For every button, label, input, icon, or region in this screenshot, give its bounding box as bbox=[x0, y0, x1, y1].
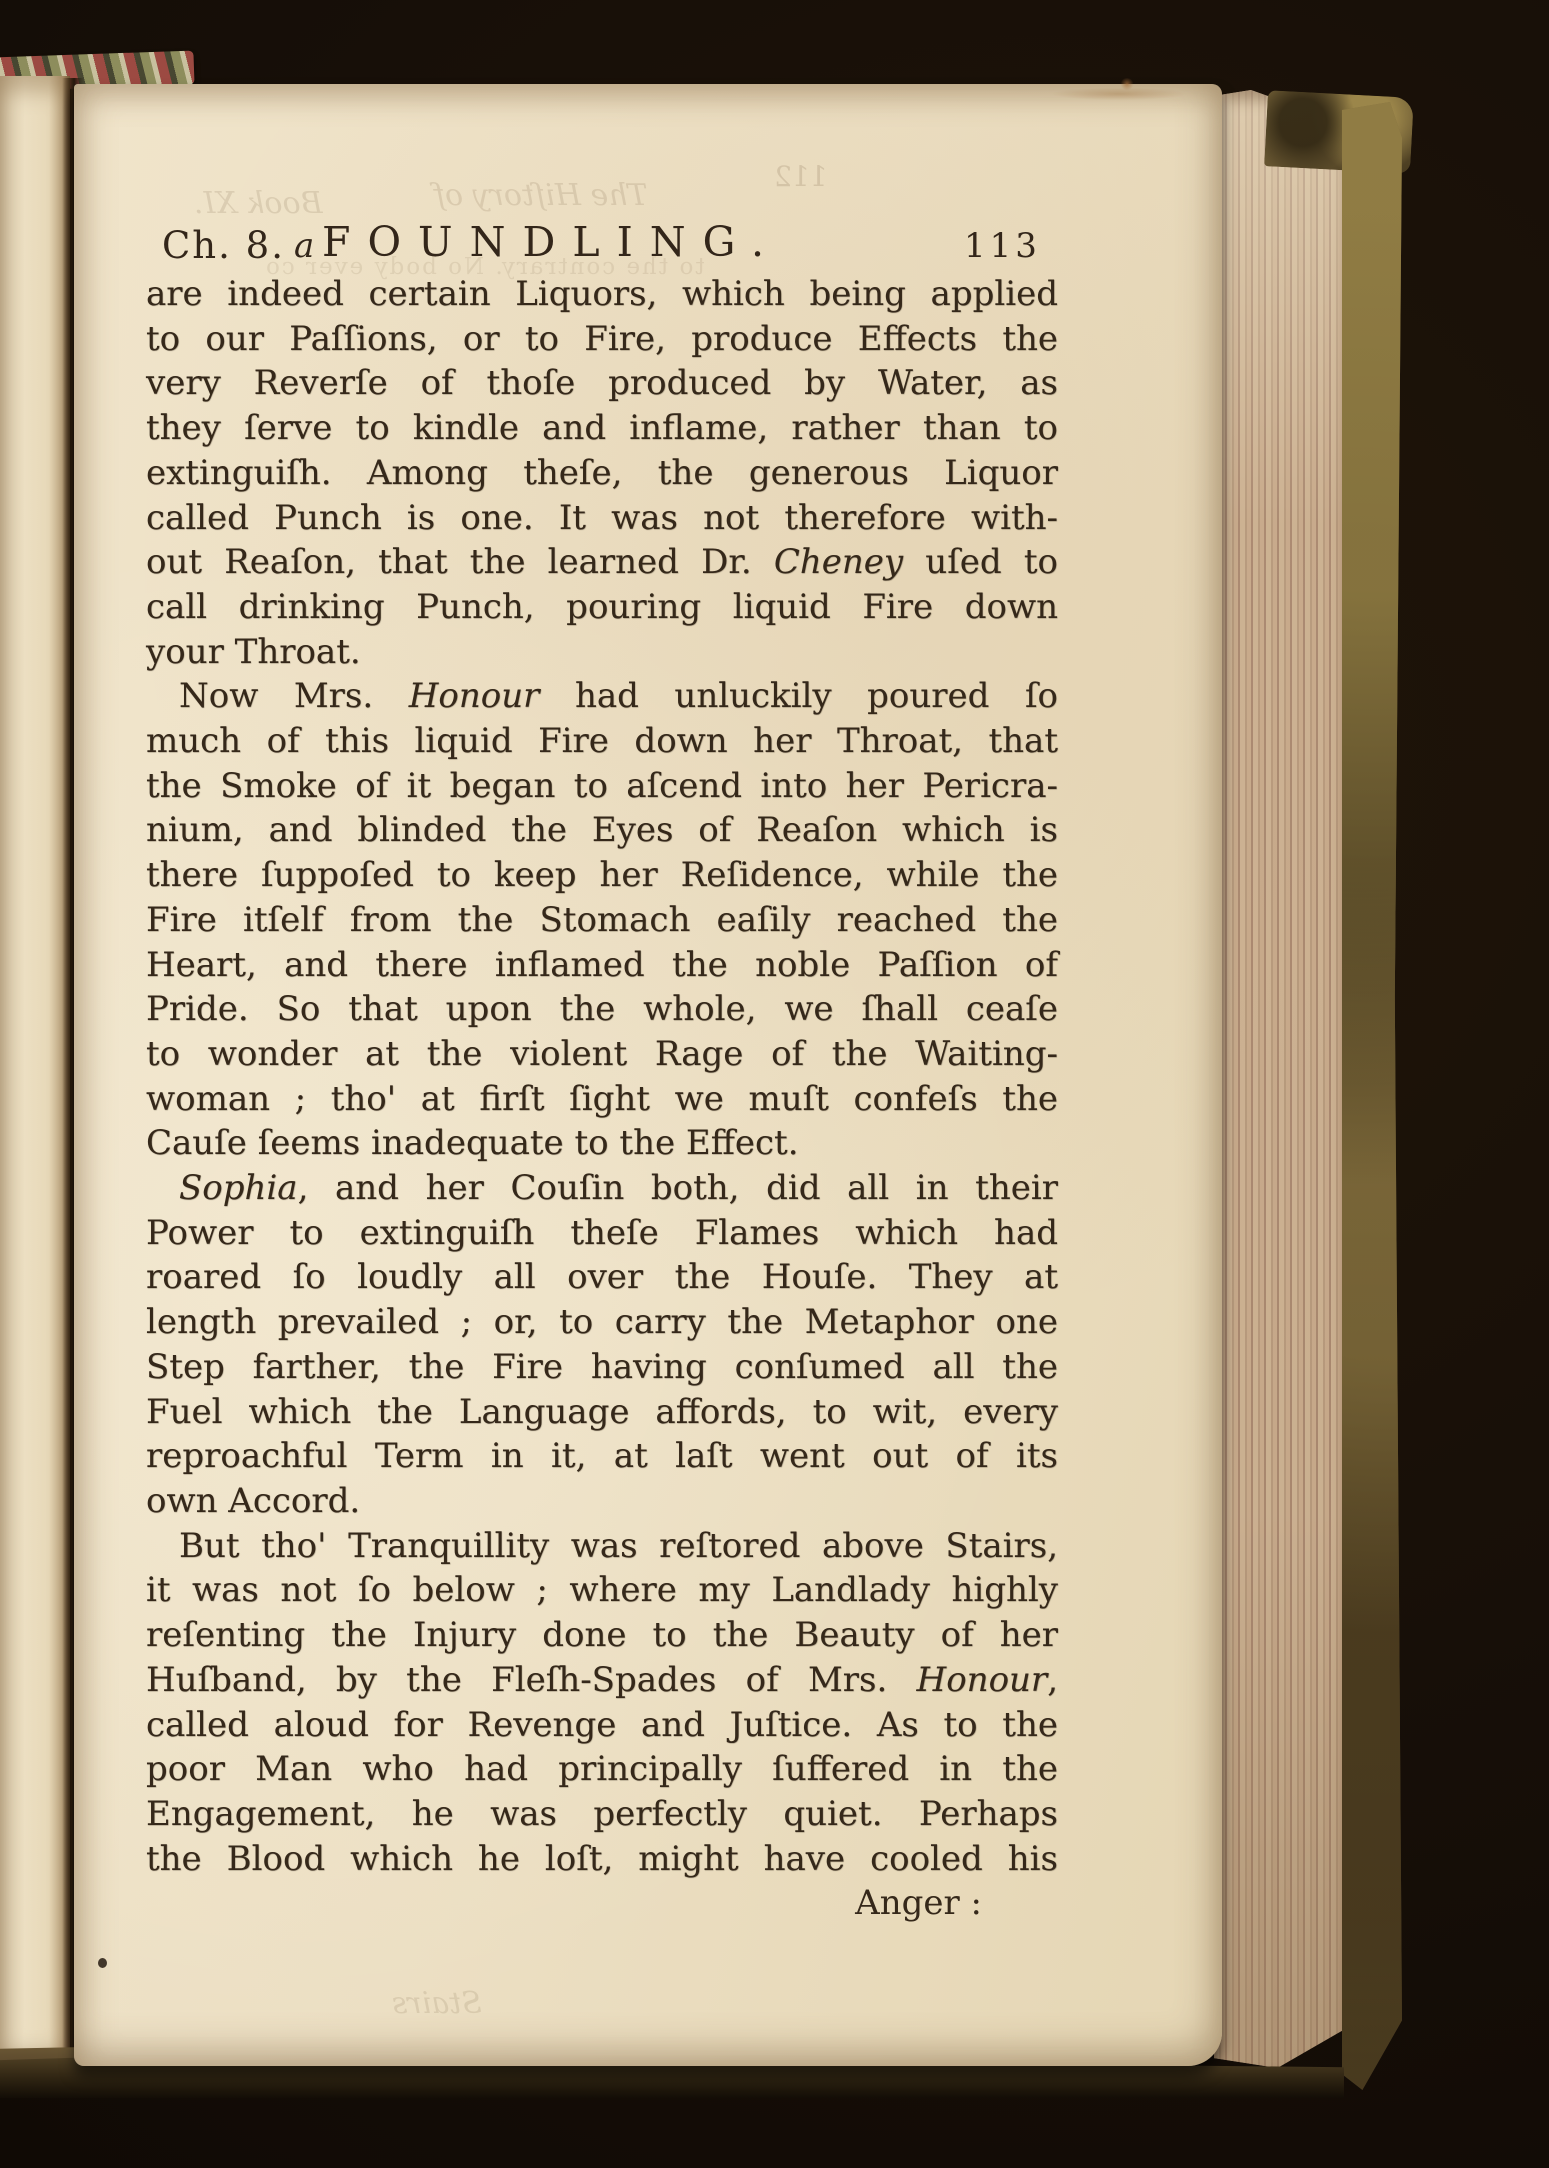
text-line: Huſband, by the Fleſh-Spades of Mrs. Hon… bbox=[146, 1658, 1058, 1703]
text-line: woman ; tho' at firſt ſight we muſt conf… bbox=[146, 1077, 1058, 1122]
text-line: reſenting the Injury done to the Beauty … bbox=[146, 1613, 1058, 1658]
bleed-through-book-label: Book XI. bbox=[194, 186, 323, 221]
text-line: Sophia, and her Couſin both, did all in … bbox=[146, 1166, 1058, 1211]
text-line: nium, and blinded the Eyes of Reaſon whi… bbox=[146, 808, 1058, 853]
text-line: much of this liquid Fire down her Throat… bbox=[146, 719, 1058, 764]
text-line: out Reaſon, that the learned Dr. Cheney … bbox=[146, 540, 1058, 585]
paragraph: Sophia, and her Couſin both, did all in … bbox=[146, 1166, 1058, 1524]
bleed-through-page-number: 112 bbox=[774, 160, 827, 193]
body-text: are indeed certain Liquors, which being … bbox=[146, 272, 1058, 1881]
text-line: Step farther, the Fire having conſumed a… bbox=[146, 1345, 1058, 1390]
text-line: But tho' Tranquillity was reſtored above… bbox=[146, 1524, 1058, 1569]
page-title: FOUNDLING. bbox=[322, 218, 781, 266]
text-line: your Throat. bbox=[146, 630, 1058, 675]
text-line: Fire itſelf from the Stomach eaſily reac… bbox=[146, 898, 1058, 943]
text-line: length prevailed ; or, to carry the Meta… bbox=[146, 1300, 1058, 1345]
ink-dot bbox=[98, 1958, 107, 1968]
title-article: a bbox=[294, 226, 314, 266]
paper-stain bbox=[1120, 78, 1134, 90]
text-line: the Blood which he loſt, might have cool… bbox=[146, 1837, 1058, 1882]
fanned-page-edges bbox=[1214, 90, 1346, 2068]
running-header: Ch. 8. a FOUNDLING. 113 bbox=[146, 218, 1058, 270]
text-line: Fuel which the Language affords, to wit,… bbox=[146, 1390, 1058, 1435]
text-line: roared ſo loudly all over the Houſe. The… bbox=[146, 1255, 1058, 1300]
text-line: to our Paſſions, or to Fire, produce Eff… bbox=[146, 317, 1058, 362]
text-line: call drinking Punch, pouring liquid Fire… bbox=[146, 585, 1058, 630]
text-line: Engagement, he was perfectly quiet. Perh… bbox=[146, 1792, 1058, 1837]
paragraph: are indeed certain Liquors, which being … bbox=[146, 272, 1058, 674]
text-line: reproachful Term in it, at laſt went out… bbox=[146, 1434, 1058, 1479]
text-line: extinguiſh. Among theſe, the generous Li… bbox=[146, 451, 1058, 496]
text-line: very Reverſe of thoſe produced by Water,… bbox=[146, 361, 1058, 406]
text-line: the Smoke of it began to aſcend into her… bbox=[146, 764, 1058, 809]
text-line: there ſuppoſed to keep her Reſidence, wh… bbox=[146, 853, 1058, 898]
paragraph: But tho' Tranquillity was reſtored above… bbox=[146, 1524, 1058, 1882]
text-line: they ſerve to kindle and inflame, rather… bbox=[146, 406, 1058, 451]
text-line: Now Mrs. Honour had unluckily poured ſo bbox=[146, 674, 1058, 719]
facing-page-sliver bbox=[0, 76, 70, 2072]
catchword-line: Anger : bbox=[146, 1883, 1058, 1928]
text-line: called Punch is one. It was not therefor… bbox=[146, 496, 1058, 541]
cover-edge-right bbox=[1342, 102, 1402, 2090]
text-line: called aloud for Revenge and Juſtice. As… bbox=[146, 1703, 1058, 1748]
bleed-through-catchword: Stairs bbox=[392, 1986, 482, 2021]
photo-scene: The Hiſtory of Book XI. 112 to the contr… bbox=[0, 0, 1549, 2168]
paragraph: Now Mrs. Honour had unluckily poured ſom… bbox=[146, 674, 1058, 1166]
text-line: it was not ſo below ; where my Landlady … bbox=[146, 1568, 1058, 1613]
text-line: Power to extinguiſh theſe Flames which h… bbox=[146, 1211, 1058, 1256]
text-line: own Accord. bbox=[146, 1479, 1058, 1524]
page-number: 113 bbox=[964, 226, 1041, 266]
chapter-label: Ch. 8. bbox=[162, 224, 285, 267]
text-line: Cauſe ſeems inadequate to the Effect. bbox=[146, 1121, 1058, 1166]
catchword: Anger : bbox=[855, 1883, 982, 1923]
text-line: are indeed certain Liquors, which being … bbox=[146, 272, 1058, 317]
book-page: The Hiſtory of Book XI. 112 to the contr… bbox=[74, 84, 1222, 2066]
text-line: to wonder at the violent Rage of the Wai… bbox=[146, 1032, 1058, 1077]
text-line: Pride. So that upon the whole, we ſhall … bbox=[146, 987, 1058, 1032]
text-line: poor Man who had principally ſuffered in… bbox=[146, 1747, 1058, 1792]
text-line: Heart, and there inflamed the noble Paſſ… bbox=[146, 943, 1058, 988]
bleed-through-running-header: The Hiſtory of bbox=[434, 178, 648, 213]
